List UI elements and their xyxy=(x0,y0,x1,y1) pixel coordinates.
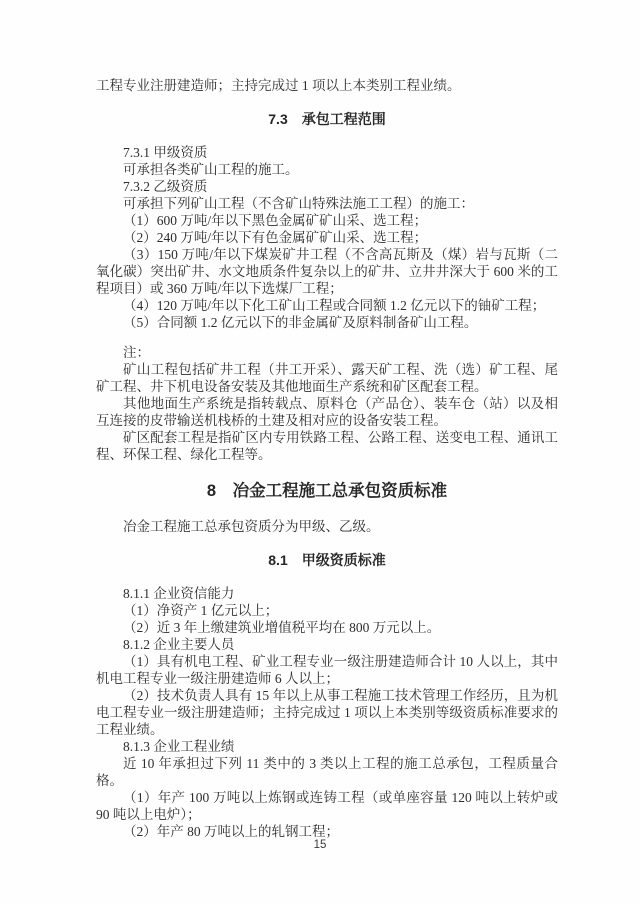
grade-b-item-3: （3）150 万吨/年以下煤炭矿井工程（不含高瓦斯及（煤）岩与瓦斯（二氧化碳）突… xyxy=(96,246,558,297)
performance-title: 8.1.3 企业工程业绩 xyxy=(96,738,558,755)
grade-b-item-4: （4）120 万吨/年以下化工矿山工程或合同额 1.2 亿元以下的铀矿工程； xyxy=(96,297,558,314)
grade-a-scope: 可承担各类矿山工程的施工。 xyxy=(96,161,558,178)
carryover-paragraph: 工程专业注册建造师；主持完成过 1 项以上本类别工程业绩。 xyxy=(96,77,558,94)
section-7-3-heading: 7.3 承包工程范围 xyxy=(96,110,558,128)
note-paragraph-3: 矿区配套工程是指矿区内专用铁路工程、公路工程、送变电工程、通讯工程、环保工程、绿… xyxy=(96,429,558,463)
grade-b-intro: 可承担下列矿山工程（不含矿山特殊法施工工程）的施工： xyxy=(96,195,558,212)
credit-item-2: （2）近 3 年上缴建筑业增值税平均在 800 万元以上。 xyxy=(96,619,558,636)
personnel-item-1: （1）具有机电工程、矿业工程专业一级注册建造师合计 10 人以上，其中机电工程专… xyxy=(96,653,558,687)
credit-item-1: （1）净资产 1 亿元以上； xyxy=(96,602,558,619)
notes-label: 注： xyxy=(96,344,558,361)
grade-b-item-5: （5）合同额 1.2 亿元以下的非金属矿及原料制备矿山工程。 xyxy=(96,314,558,331)
chapter-8-heading: 8 冶金工程施工总承包资质标准 xyxy=(96,481,558,502)
grade-a-title: 7.3.1 甲级资质 xyxy=(96,144,558,161)
credit-capability-title: 8.1.1 企业资信能力 xyxy=(96,585,558,602)
chapter-8-intro: 冶金工程施工总承包资质分为甲级、乙级。 xyxy=(96,518,558,535)
personnel-item-2: （2）技术负责人具有 15 年以上从事工程施工技术管理工作经历，且为机电工程专业… xyxy=(96,687,558,738)
grade-b-title: 7.3.2 乙级资质 xyxy=(96,178,558,195)
document-page: 工程专业注册建造师；主持完成过 1 项以上本类别工程业绩。 7.3 承包工程范围… xyxy=(0,0,640,905)
grade-b-item-2: （2）240 万吨/年以下有色金属矿矿山采、选工程； xyxy=(96,229,558,246)
note-paragraph-1: 矿山工程包括矿井工程（井工开采）、露天矿工程、洗（选）矿工程、尾矿工程、井下机电… xyxy=(96,361,558,395)
note-paragraph-2: 其他地面生产系统是指转载点、原料仓（产品仓）、装车仓（站）以及相互连接的皮带输送… xyxy=(96,395,558,429)
performance-item-1: （1）年产 100 万吨以上炼钢或连铸工程（或单座容量 120 吨以上转炉或 9… xyxy=(96,789,558,823)
performance-intro: 近 10 年承担过下列 11 类中的 3 类以上工程的施工总承包，工程质量合格。 xyxy=(96,755,558,789)
grade-b-item-1: （1）600 万吨/年以下黑色金属矿矿山采、选工程； xyxy=(96,212,558,229)
personnel-title: 8.1.2 企业主要人员 xyxy=(96,636,558,653)
page-number: 15 xyxy=(0,837,640,854)
section-8-1-heading: 8.1 甲级资质标准 xyxy=(96,551,558,569)
